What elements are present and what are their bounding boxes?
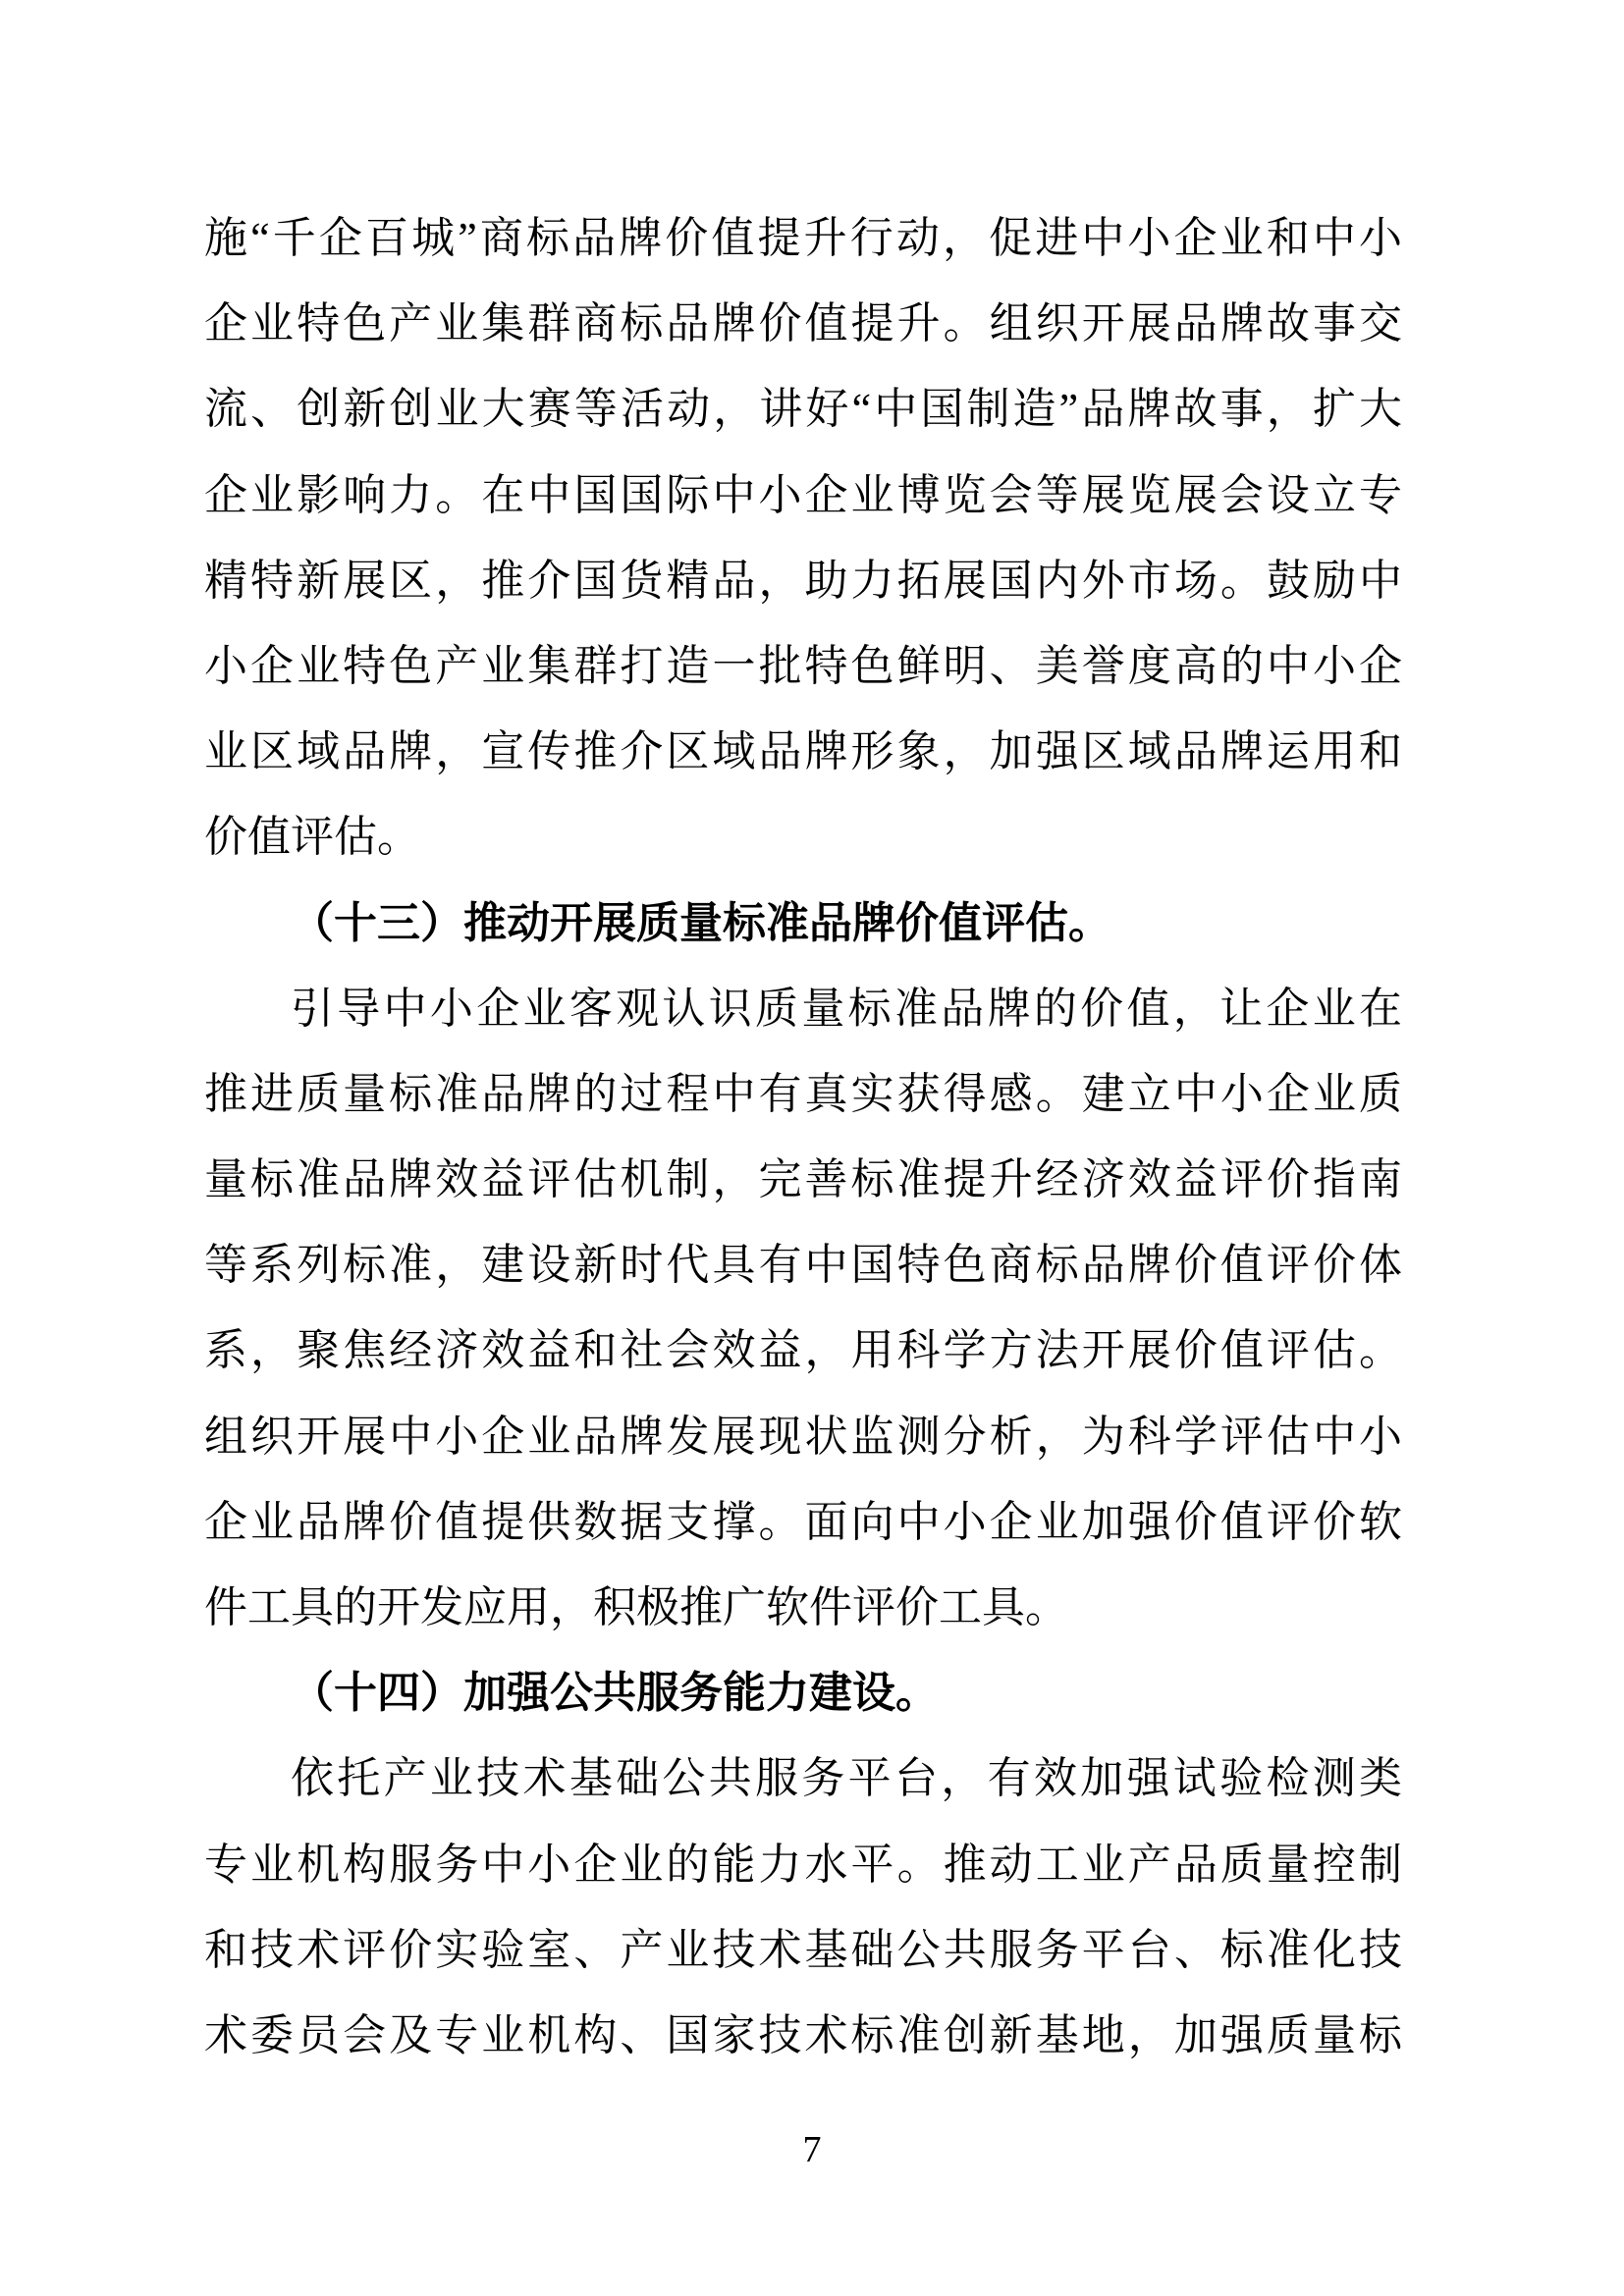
text-line: （十四）加强公共服务能力建设。 (204, 1650, 1402, 1735)
text-line: 件工具的开发应用，积极推广软件评价工具。 (204, 1565, 1402, 1650)
text-line: 量标准品牌效益评估机制，完善标准提升经济效益评价指南 (204, 1137, 1402, 1222)
text-line: 推进质量标准品牌的过程中有真实获得感。建立中小企业质 (204, 1051, 1402, 1137)
text-line: 施“千企百城”商标品牌价值提升行动，促进中小企业和中小 (204, 195, 1402, 281)
text-line: 价值评估。 (204, 794, 1402, 880)
text-line: 企业影响力。在中国国际中小企业博览会等展览展会设立专 (204, 453, 1402, 538)
text-line: 和技术评价实验室、产业技术基础公共服务平台、标准化技 (204, 1907, 1402, 1993)
text-block: 施“千企百城”商标品牌价值提升行动，促进中小企业和中小企业特色产业集群商标品牌价… (204, 195, 1402, 2078)
text-line: 引导中小企业客观认识质量标准品牌的价值，让企业在 (204, 966, 1402, 1051)
page-number: 7 (0, 2123, 1624, 2176)
text-line: 专业机构服务中小企业的能力水平。推动工业产品质量控制 (204, 1822, 1402, 1907)
text-line: 精特新展区，推介国货精品，助力拓展国内外市场。鼓励中 (204, 538, 1402, 623)
text-line: 小企业特色产业集群打造一批特色鲜明、美誉度高的中小企 (204, 623, 1402, 709)
text-line: 流、创新创业大赛等活动，讲好“中国制造”品牌故事，扩大 (204, 366, 1402, 452)
text-line: 系，聚焦经济效益和社会效益，用科学方法开展价值评估。 (204, 1308, 1402, 1393)
text-line: 依托产业技术基础公共服务平台，有效加强试验检测类 (204, 1735, 1402, 1821)
text-line: 企业品牌价值提供数据支撑。面向中小企业加强价值评价软 (204, 1479, 1402, 1565)
text-line: （十三）推动开展质量标准品牌价值评估。 (204, 881, 1402, 966)
text-line: 组织开展中小企业品牌发展现状监测分析，为科学评估中小 (204, 1394, 1402, 1479)
text-line: 术委员会及专业机构、国家技术标准创新基地，加强质量标 (204, 1993, 1402, 2078)
text-line: 企业特色产业集群商标品牌价值提升。组织开展品牌故事交 (204, 281, 1402, 366)
text-line: 等系列标准，建设新时代具有中国特色商标品牌价值评价体 (204, 1222, 1402, 1308)
document-page: 施“千企百城”商标品牌价值提升行动，促进中小企业和中小企业特色产业集群商标品牌价… (0, 0, 1624, 2296)
text-line: 业区域品牌，宣传推介区域品牌形象，加强区域品牌运用和 (204, 709, 1402, 794)
